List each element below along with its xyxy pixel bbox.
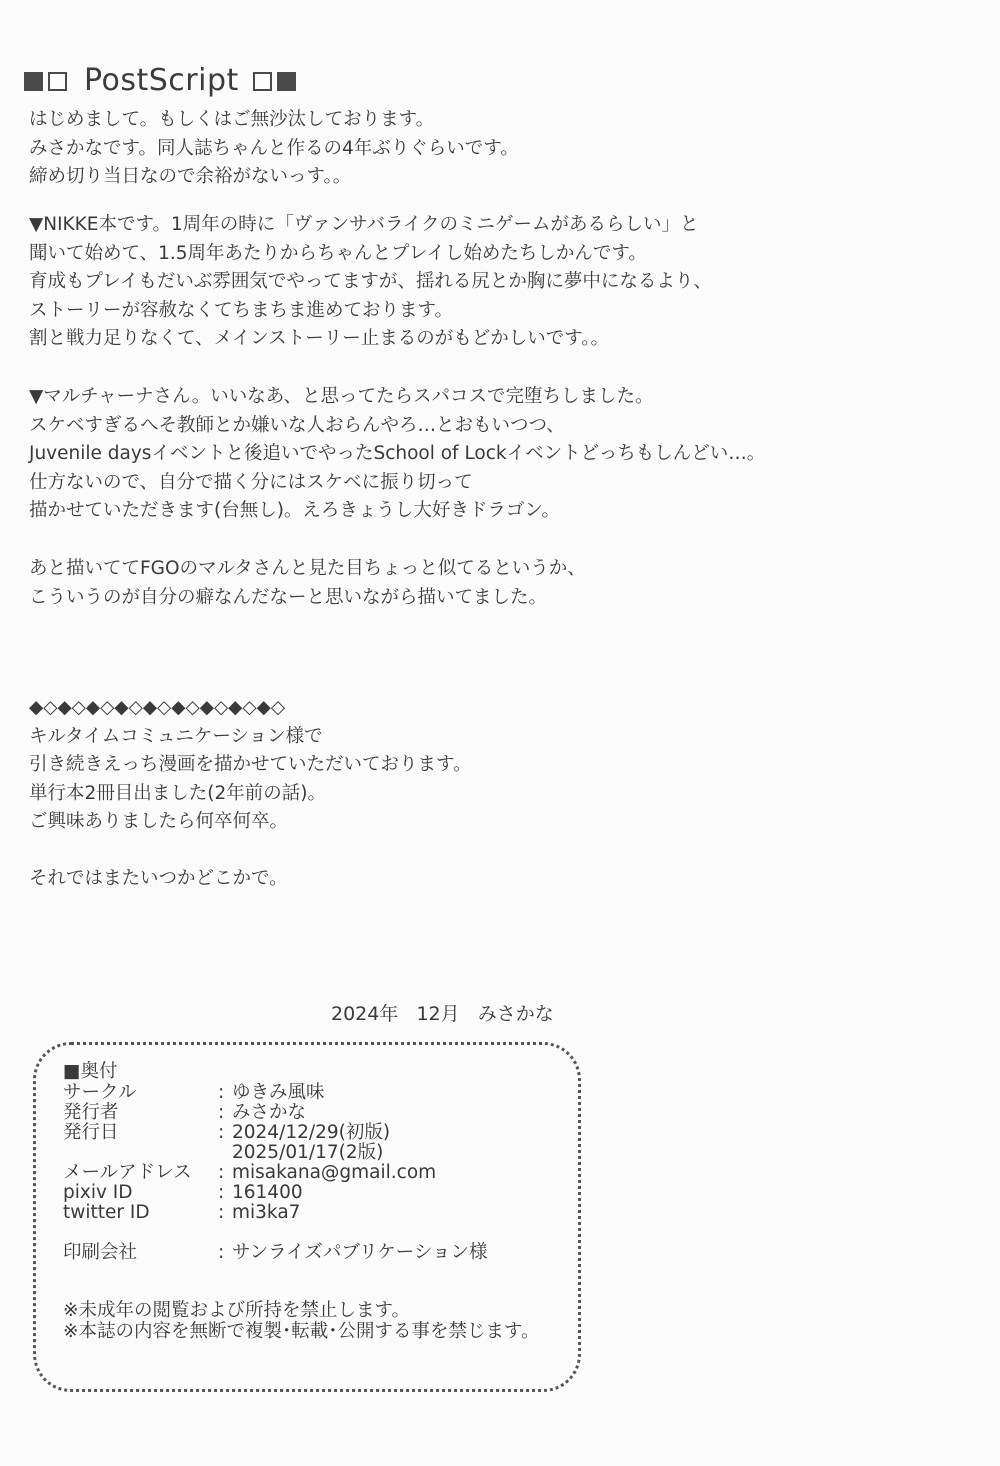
colophon-separator: : bbox=[218, 1083, 232, 1103]
colophon-key: サークル bbox=[63, 1083, 218, 1103]
notice-minors: ※未成年の閲覧および所持を禁止します。 bbox=[63, 1300, 410, 1321]
page-title: PostScript bbox=[84, 62, 239, 100]
hollow-square-icon bbox=[48, 72, 67, 91]
colophon-row-publisher: 発行者 : みさかな bbox=[63, 1103, 306, 1123]
text-line: はじめまして。もしくはご無沙汰しております。 bbox=[29, 106, 519, 135]
colophon-key: メールアドレス bbox=[63, 1163, 218, 1183]
text-line: 描かせていただきます(台無し)。えろきょうし大好きドラゴン。 bbox=[29, 497, 765, 526]
signature-author: みさかな bbox=[478, 1003, 554, 1025]
colophon-box: ■奥付 サークル : ゆきみ風味 発行者 : みさかな 発行日 : 2024/1… bbox=[33, 1042, 581, 1392]
text-line: 育成もプレイもだいぶ雰囲気でやってますが、揺れる尻とか胸に夢中になるより、 bbox=[29, 268, 712, 297]
colophon-value: 161400 bbox=[232, 1183, 303, 1203]
text-line: 締め切り当日なので余裕がないっす。。 bbox=[29, 163, 519, 192]
text-line: キルタイムコミュニケーション様で bbox=[29, 723, 472, 752]
colophon-title: ■奥付 bbox=[63, 1061, 117, 1083]
text-line: スケベすぎるへそ教師とか嫌いな人おらんやろ…とおもいつつ、 bbox=[29, 412, 765, 441]
signature: 2024年 12月 みさかな bbox=[331, 1000, 554, 1028]
text-line: ご興味ありましたら何卒何卒。 bbox=[29, 808, 472, 837]
text-line: ▼マルチャーナさん。いいなあ、と思ってたらスパコスで完堕ちしました。 bbox=[29, 383, 765, 412]
paragraph-publisher: ◆◇◆◇◆◇◆◇◆◇◆◇◆◇◆◇◆◇ キルタイムコミュニケーション様で 引き続き… bbox=[29, 694, 472, 837]
text-line: Juvenile daysイベントと後追いでやったSchool of Lockイ… bbox=[29, 440, 765, 469]
colophon-key: 印刷会社 bbox=[63, 1243, 218, 1263]
colophon-key: pixiv ID bbox=[63, 1183, 218, 1203]
colophon-value: サンライズパブリケーション様 bbox=[232, 1243, 488, 1263]
text-line: それではまたいつかどこかで。 bbox=[29, 865, 288, 894]
colophon-separator: : bbox=[218, 1163, 232, 1183]
colophon-row-printer: 印刷会社 : サンライズパブリケーション様 bbox=[63, 1243, 488, 1263]
colophon-value: mi3ka7 bbox=[232, 1203, 300, 1223]
colophon-key: twitter ID bbox=[63, 1203, 218, 1223]
filled-square-icon bbox=[277, 72, 296, 91]
paragraph-farewell: それではまたいつかどこかで。 bbox=[29, 865, 288, 894]
colophon-row-circle: サークル : ゆきみ風味 bbox=[63, 1083, 325, 1103]
text-line: 単行本2冊目出ました(2年前の話)。 bbox=[29, 780, 472, 809]
text-line: ストーリーが容赦なくてちまちま進めております。 bbox=[29, 297, 712, 326]
colophon-separator: : bbox=[218, 1123, 232, 1143]
colophon-row-email: メールアドレス : misakana@gmail.com bbox=[63, 1163, 436, 1183]
colophon-value: ゆきみ風味 bbox=[232, 1083, 325, 1103]
text-line: 仕方ないので、自分で描く分にはスケベに振り切って bbox=[29, 469, 765, 498]
paragraph-marciana: ▼マルチャーナさん。いいなあ、と思ってたらスパコスで完堕ちしました。 スケベすぎ… bbox=[29, 383, 765, 526]
hollow-square-icon bbox=[253, 72, 272, 91]
text-line: 引き続きえっち漫画を描かせていただいております。 bbox=[29, 751, 472, 780]
colophon-separator: : bbox=[218, 1243, 232, 1263]
colophon-value: misakana@gmail.com bbox=[232, 1163, 436, 1183]
colophon-separator: : bbox=[218, 1203, 232, 1223]
colophon-row-twitter: twitter ID : mi3ka7 bbox=[63, 1203, 300, 1223]
colophon-separator: : bbox=[218, 1183, 232, 1203]
paragraph-fgo: あと描いててFGOのマルタさんと見た目ちょっと似てるというか、 こういうのが自分… bbox=[29, 555, 586, 612]
colophon-key: 発行者 bbox=[63, 1103, 218, 1123]
colophon-row-date: 発行日 : 2024/12/29(初版) bbox=[63, 1123, 390, 1143]
diamond-divider: ◆◇◆◇◆◇◆◇◆◇◆◇◆◇◆◇◆◇ bbox=[29, 694, 472, 723]
paragraph-nikke: ▼NIKKE本です。1周年の時に「ヴァンサバライクのミニゲームがあるらしい」と … bbox=[29, 211, 712, 354]
signature-year: 2024年 bbox=[331, 1003, 398, 1025]
colophon-value: 2025/01/17(2版) bbox=[232, 1143, 383, 1163]
text-line: 割と戦力足りなくて、メインストーリー止まるのがもどかしいです。。 bbox=[29, 325, 712, 354]
colophon-value: 2024/12/29(初版) bbox=[232, 1123, 390, 1143]
colophon-row-date-second: 2025/01/17(2版) bbox=[63, 1143, 383, 1163]
colophon-separator: : bbox=[218, 1103, 232, 1123]
text-line: こういうのが自分の癖なんだなーと思いながら描いてました。 bbox=[29, 584, 586, 613]
text-line: あと描いててFGOのマルタさんと見た目ちょっと似てるというか、 bbox=[29, 555, 586, 584]
text-line: 聞いて始めて、1.5周年あたりからちゃんとプレイし始めたちしかんです。 bbox=[29, 240, 712, 269]
colophon-key: 発行日 bbox=[63, 1123, 218, 1143]
paragraph-greeting: はじめまして。もしくはご無沙汰しております。 みさかなです。同人誌ちゃんと作るの… bbox=[29, 106, 519, 192]
text-line: ▼NIKKE本です。1周年の時に「ヴァンサバライクのミニゲームがあるらしい」と bbox=[29, 211, 712, 240]
colophon-value: みさかな bbox=[232, 1103, 306, 1123]
colophon-row-pixiv: pixiv ID : 161400 bbox=[63, 1183, 303, 1203]
filled-square-icon bbox=[24, 72, 43, 91]
postscript-heading: PostScript bbox=[24, 62, 301, 100]
notice-copyright: ※本誌の内容を無断で複製･転載･公開する事を禁じます。 bbox=[63, 1321, 540, 1342]
text-line: みさかなです。同人誌ちゃんと作るの4年ぶりぐらいです。 bbox=[29, 135, 519, 164]
signature-month: 12月 bbox=[416, 1003, 459, 1025]
